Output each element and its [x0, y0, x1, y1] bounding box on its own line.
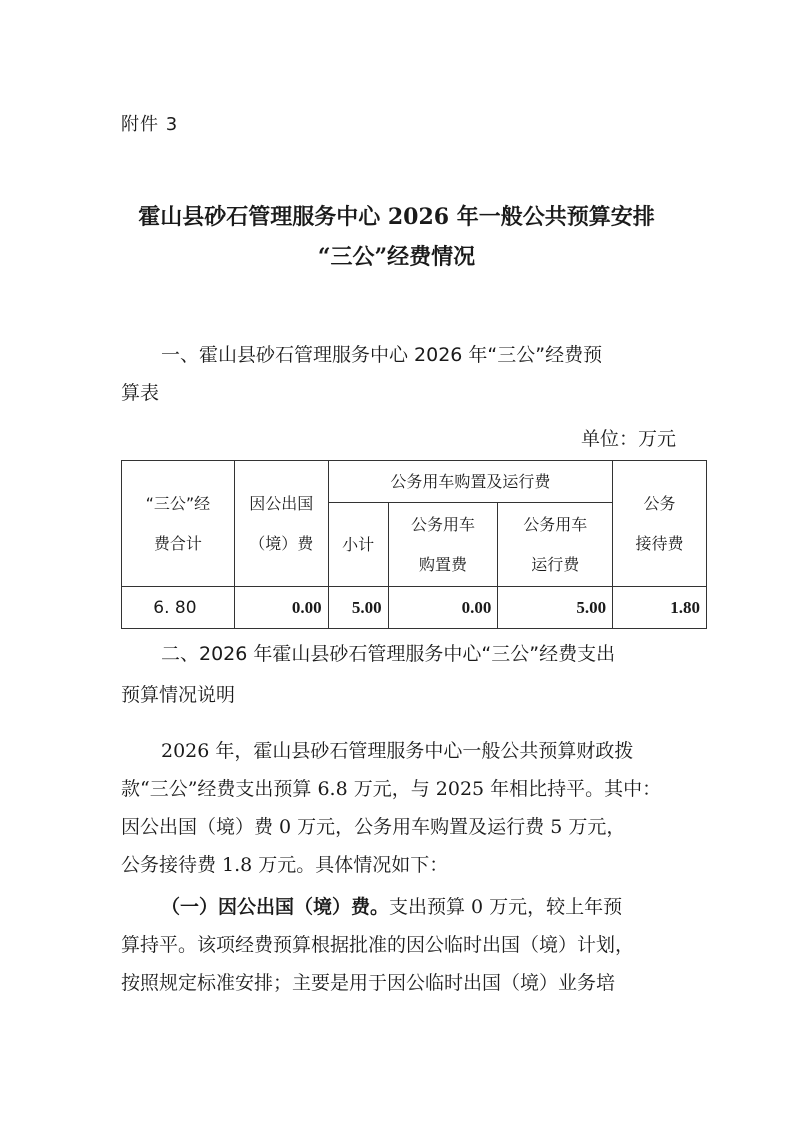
paragraph-abroad-expense: （一）因公出国（境）费。支出预算 0 万元，较上年预 算持平。该项经费预算根据批… — [121, 888, 681, 1002]
cell-vehicle-operation: 5.00 — [498, 587, 613, 629]
cell-reception: 1.80 — [613, 587, 707, 629]
cell-vehicle-purchase: 0.00 — [388, 587, 498, 629]
header-vehicle-operation: 公务用车 运行费 — [498, 503, 613, 587]
table-row: 6. 80 0.00 5.00 0.00 5.00 1.80 — [122, 587, 707, 629]
three-public-expenses-table: “三公”经 费合计 因公出国 （境）费 公务用车购置及运行费 公务 接待费 小计… — [121, 460, 707, 629]
header-total: “三公”经 费合计 — [122, 461, 235, 587]
section2-heading-line1: 二、2026 年霍山县砂石管理服务中心“三公”经费支出 — [161, 639, 615, 666]
cell-subtotal: 5.00 — [328, 587, 388, 629]
section1-heading-line1: 一、霍山县砂石管理服务中心 2026 年“三公”经费预 — [161, 340, 602, 367]
header-vehicle-purchase: 公务用车 购置费 — [388, 503, 498, 587]
section1-heading-line2: 算表 — [121, 378, 159, 405]
document-title-line2: “三公”经费情况 — [0, 240, 793, 271]
cell-total: 6. 80 — [122, 587, 235, 629]
header-vehicle-group: 公务用车购置及运行费 — [328, 461, 612, 503]
section2-heading-line2: 预算情况说明 — [121, 680, 235, 707]
header-subtotal: 小计 — [328, 503, 388, 587]
document-title-line1: 霍山县砂石管理服务中心 2026 年一般公共预算安排 — [0, 200, 793, 231]
unit-label: 单位：万元 — [581, 424, 676, 451]
attachment-label: 附件 3 — [121, 110, 178, 136]
paragraph-summary: 2026 年，霍山县砂石管理服务中心一般公共预算财政拨 款“三公”经费支出预算 … — [121, 732, 681, 884]
cell-abroad: 0.00 — [234, 587, 328, 629]
header-abroad: 因公出国 （境）费 — [234, 461, 328, 587]
subsection-heading: （一）因公出国（境）费。 — [161, 896, 389, 918]
header-reception: 公务 接待费 — [613, 461, 707, 587]
